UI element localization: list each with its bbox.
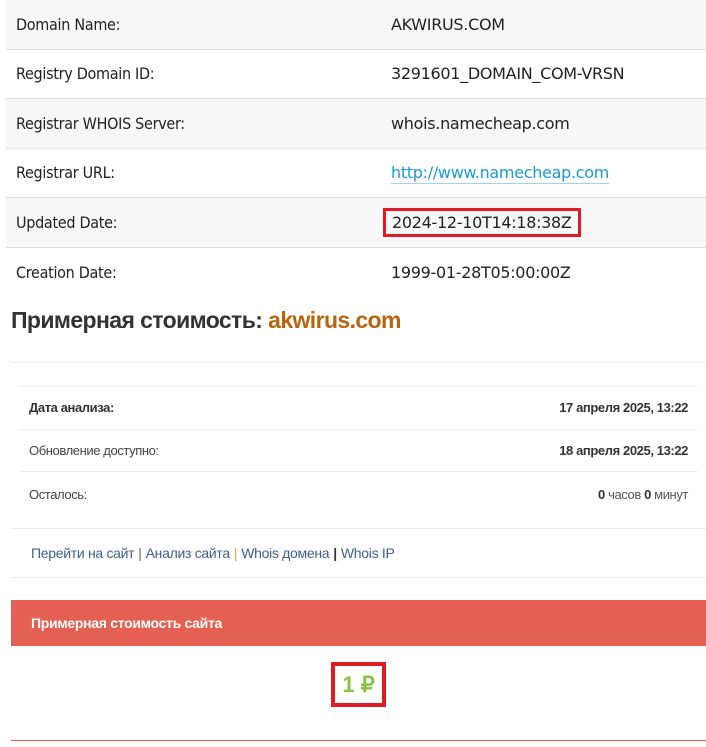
analysis-label: Обновление доступно:	[29, 443, 159, 458]
link-separator: |	[333, 545, 337, 561]
estimate-heading-domain: akwirus.com	[268, 307, 401, 333]
estimate-heading-prefix: Примерная стоимость:	[11, 307, 262, 333]
whois-row-creation-date: Creation Date: 1999-01-28T05:00:00Z	[6, 248, 706, 298]
whois-label: Registrar URL:	[6, 163, 381, 182]
link-separator: |	[138, 545, 141, 561]
whois-value: 1999-01-28T05:00:00Z	[381, 263, 571, 282]
analysis-row-date: Дата анализа: 17 апреля 2025, 13:22	[20, 387, 697, 430]
analysis-row-remaining: Осталось: 0 часов 0 минут	[20, 472, 697, 516]
link-site-analysis[interactable]: Анализ сайта	[146, 545, 230, 561]
analysis-label: Дата анализа:	[29, 400, 114, 415]
whois-row-domain-name: Domain Name: AKWIRUS.COM	[6, 0, 706, 50]
updated-date-highlighted: 2024-12-10T14:18:38Z	[383, 208, 581, 237]
analysis-row-update-available: Обновление доступно: 18 апреля 2025, 13:…	[20, 430, 697, 473]
analysis-value: 18 апреля 2025, 13:22	[559, 443, 688, 458]
whois-label: Domain Name:	[6, 15, 381, 34]
whois-table: Domain Name: AKWIRUS.COM Registry Domain…	[6, 0, 706, 297]
analysis-value: 17 апреля 2025, 13:22	[559, 400, 688, 415]
whois-row-registry-domain-id: Registry Domain ID: 3291601_DOMAIN_COM-V…	[6, 50, 706, 100]
estimate-heading: Примерная стоимость: akwirus.com	[11, 307, 401, 334]
remaining-hours: 0	[598, 487, 605, 502]
analysis-panel: Дата анализа: 17 апреля 2025, 13:22 Обно…	[11, 362, 706, 516]
whois-value: whois.namecheap.com	[381, 114, 570, 133]
whois-row-updated-date: Updated Date: 2024-12-10T14:18:38Z	[6, 198, 706, 248]
whois-label: Creation Date:	[6, 263, 381, 282]
analysis-table: Дата анализа: 17 апреля 2025, 13:22 Обно…	[20, 386, 697, 516]
whois-label: Registry Domain ID:	[6, 64, 381, 83]
quick-links: Перейти на сайт | Анализ сайта | Whois д…	[11, 528, 706, 578]
link-separator: |	[234, 545, 237, 561]
remaining-hours-unit: часов	[608, 487, 641, 502]
remaining-minutes-unit: минут	[654, 487, 688, 502]
cost-card-header: Примерная стоимость сайта	[11, 600, 706, 646]
whois-row-whois-server: Registrar WHOIS Server: whois.namecheap.…	[6, 99, 706, 149]
remaining-time: 0 часов 0 минут	[598, 487, 688, 502]
link-whois-ip[interactable]: Whois IP	[341, 545, 395, 561]
whois-label: Updated Date:	[6, 213, 381, 232]
cost-amount: 1	[342, 672, 354, 698]
whois-label: Registrar WHOIS Server:	[6, 114, 381, 133]
link-go-to-site[interactable]: Перейти на сайт	[31, 545, 134, 561]
remaining-minutes: 0	[644, 487, 651, 502]
ruble-icon: ₽	[361, 672, 375, 698]
link-whois-domain[interactable]: Whois домена	[241, 545, 329, 561]
whois-row-registrar-url: Registrar URL: http://www.namecheap.com	[6, 149, 706, 199]
whois-value: 3291601_DOMAIN_COM-VRSN	[381, 64, 624, 83]
cost-value-highlighted: 1 ₽	[331, 662, 386, 707]
whois-value: AKWIRUS.COM	[381, 15, 505, 34]
cost-card-bottom-border	[11, 740, 706, 741]
analysis-label: Осталось:	[29, 487, 87, 502]
registrar-url-link[interactable]: http://www.namecheap.com	[391, 163, 609, 184]
